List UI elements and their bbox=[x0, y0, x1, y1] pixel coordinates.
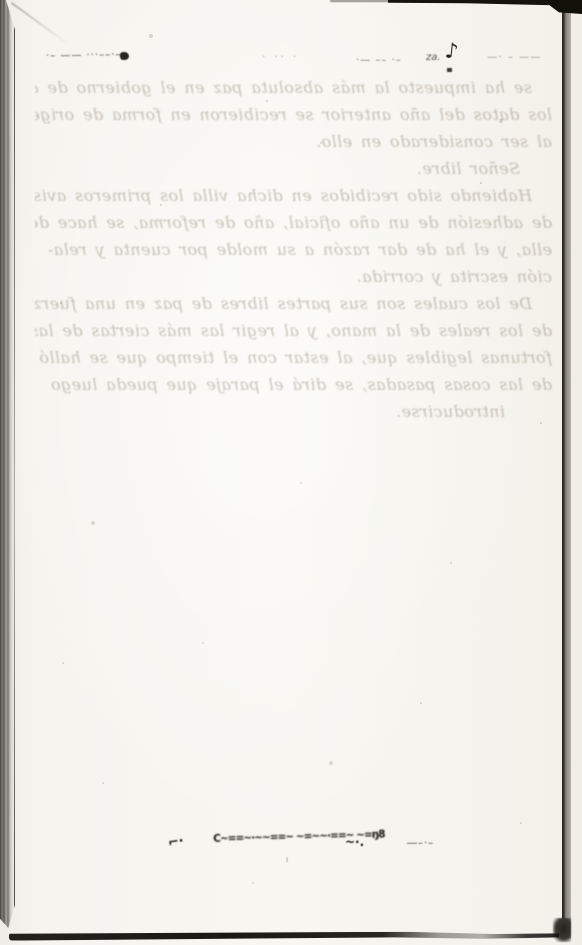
ink-dot-top-right bbox=[447, 68, 452, 72]
bleedthrough-line: se ha impuesto la más absoluta paz en el… bbox=[35, 74, 552, 101]
page-edge-shadow-right bbox=[562, 0, 571, 938]
book-gutter-shadow bbox=[0, 0, 15, 928]
scanned-page: ·– —— ···––·— · ·· · ·— –– ·– za. ♪ —· –… bbox=[0, 0, 582, 945]
bleedthrough-line: los datos del año anterior se recibieron… bbox=[35, 101, 552, 128]
ink-smudge-top-right-small: za. bbox=[426, 52, 441, 63]
bleedthrough-line: de los reales de la mano, y al regir las… bbox=[35, 317, 552, 344]
scan-edge-bottom bbox=[9, 931, 559, 940]
ink-dashes-top-right: —· – —— bbox=[487, 52, 542, 63]
ink-tiny-mark-bottom: ı bbox=[286, 855, 288, 864]
bleedthrough-line: de las cosas pasadas, se dirá el paraje … bbox=[35, 371, 552, 398]
ink-smudge-top-left: ·– —— ···––·— bbox=[46, 49, 126, 61]
ink-specks-top-middle: · ·· · bbox=[262, 52, 299, 63]
bleedthrough-text: se ha impuesto la más absoluta paz en el… bbox=[35, 74, 552, 430]
ink-smudge-top-center: ·— –– ·– bbox=[356, 55, 402, 66]
page-edge-shadow-foot bbox=[553, 918, 571, 942]
paper-speckles bbox=[0, 0, 2, 2]
bleedthrough-line: Señor libre. bbox=[35, 155, 520, 182]
page-corner-crease bbox=[11, 2, 70, 46]
bleedthrough-line: introducirse. bbox=[35, 398, 505, 425]
bleedthrough-line: fortunas legibles que, al estar con el t… bbox=[35, 344, 552, 371]
ink-blob-bottom: ~·. bbox=[345, 835, 364, 849]
ink-dash-bottom-right: ―–·– bbox=[407, 838, 434, 849]
bleedthrough-line: de adhesión de un año oficial, año de re… bbox=[35, 209, 552, 236]
bleedthrough-line: De los cuales son sus partes libres de p… bbox=[35, 290, 552, 317]
bleedthrough-line: ella, y el ha de dar razón a su molde po… bbox=[35, 236, 552, 263]
bleedthrough-line: Habiendo sido recibidos en dicha villa l… bbox=[35, 182, 552, 209]
ink-hook-bottom-left: ⌐· bbox=[167, 834, 185, 851]
bleedthrough-line: ción escrita y corrida. bbox=[35, 263, 552, 290]
scan-edge-top-corner bbox=[550, 0, 582, 14]
bleedthrough-line: al ser considerado en ello. bbox=[35, 128, 552, 155]
ink-note-glyph: ♪ bbox=[444, 38, 460, 63]
ink-blob-top-left bbox=[120, 52, 129, 60]
